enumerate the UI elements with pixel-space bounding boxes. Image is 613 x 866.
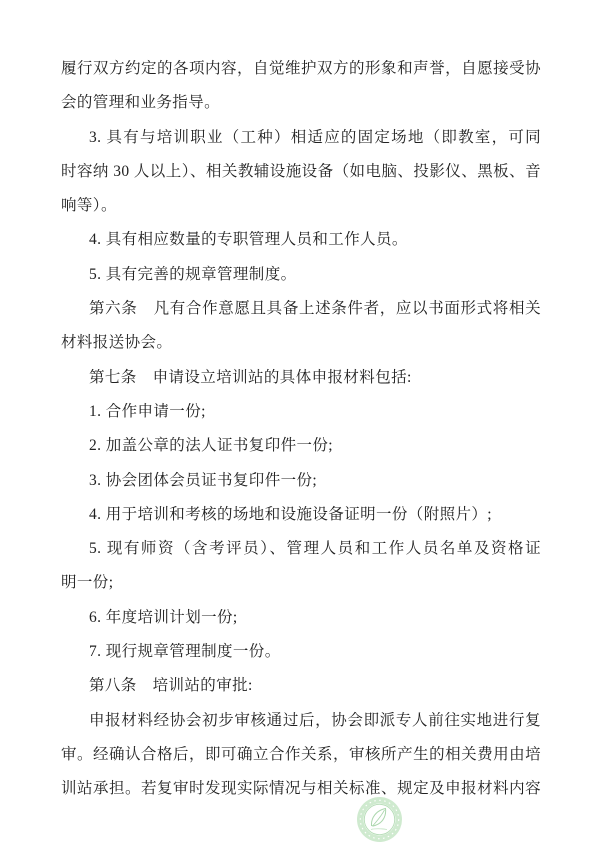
text-line: 第七条 申请设立培训站的具体申报材料包括: <box>61 361 541 395</box>
text-line: 6. 年度培训计划一份; <box>61 601 541 635</box>
document-page: 履行双方约定的各项内容，自觉维护双方的形象和声誉，自愿接受协会的管理和业务指导。… <box>0 0 613 866</box>
text-line: 响等）。 <box>61 189 541 223</box>
text-line: 3. 具有与培训职业（工种）相适应的固定场地（即教室，可同 <box>61 121 541 155</box>
text-line: 3. 协会团体会员证书复印件一份; <box>61 464 541 498</box>
text-line: 第八条 培训站的审批: <box>61 669 541 703</box>
text-line: 5. 现有师资（含考评员）、管理人员和工作人员名单及资格证 <box>61 532 541 566</box>
text-line: 第六条 凡有合作意愿且具备上述条件者，应以书面形式将相关 <box>61 292 541 326</box>
text-line: 材料报送协会。 <box>61 326 541 360</box>
text-line: 4. 用于培训和考核的场地和设施设备证明一份（附照片）; <box>61 498 541 532</box>
text-line: 履行双方约定的各项内容，自觉维护双方的形象和声誉，自愿接受协 <box>61 52 541 86</box>
text-line: 审。经确认合格后，即可确立合作关系，审核所产生的相关费用由培 <box>61 738 541 772</box>
text-line: 申报材料经协会初步审核通过后，协会即派专人前往实地进行复 <box>61 704 541 738</box>
text-line: 训站承担。若复审时发现实际情况与相关标准、规定及申报材料内容 <box>61 772 541 806</box>
text-line: 5. 具有完善的规章管理制度。 <box>61 258 541 292</box>
document-body: 履行双方约定的各项内容，自觉维护双方的形象和声誉，自愿接受协会的管理和业务指导。… <box>61 52 541 807</box>
text-line: 4. 具有相应数量的专职管理人员和工作人员。 <box>61 223 541 257</box>
leaf-seal-icon <box>356 796 403 843</box>
text-line: 7. 现行规章管理制度一份。 <box>61 635 541 669</box>
text-line: 2. 加盖公章的法人证书复印件一份; <box>61 429 541 463</box>
text-line: 时容纳 30 人以上）、相关教辅设施设备（如电脑、投影仪、黑板、音 <box>61 155 541 189</box>
text-line: 明一份; <box>61 566 541 600</box>
text-line: 1. 合作申请一份; <box>61 395 541 429</box>
green-seal-watermark <box>356 796 403 843</box>
text-line: 会的管理和业务指导。 <box>61 86 541 120</box>
